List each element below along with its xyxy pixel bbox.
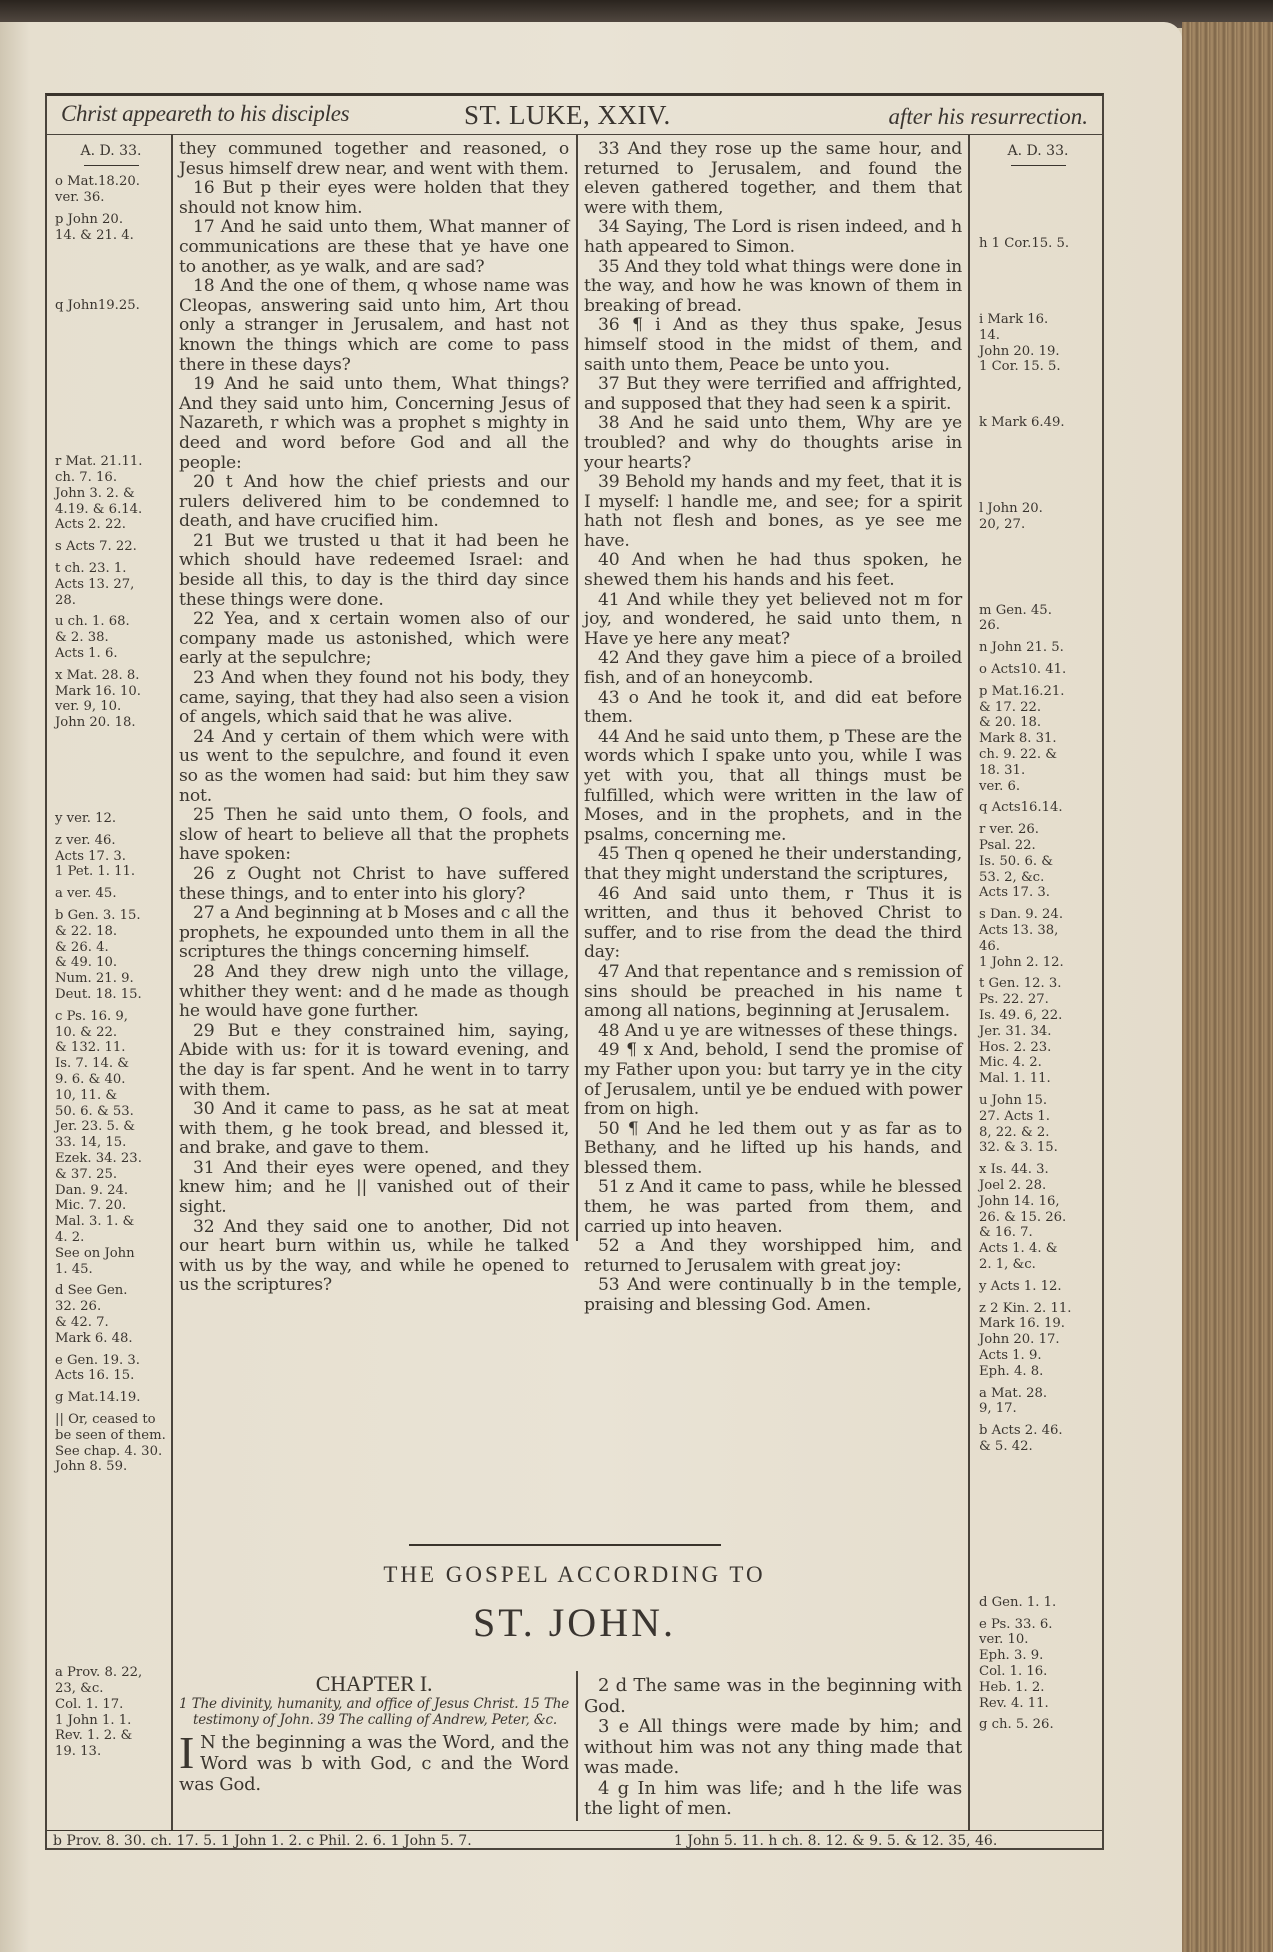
verse: 18 And the one of them, q whose name was…: [179, 277, 569, 375]
verse: 52 a And they worshipped him, and return…: [584, 1237, 962, 1276]
header-left-caption: Christ appeareth to his disciples: [61, 101, 349, 127]
margin-reference: o Mat.18.20. ver. 36.: [55, 174, 167, 206]
margin-reference: g ch. 5. 26.: [979, 1717, 1097, 1733]
verse: 20 t And how the chief priests and our r…: [179, 473, 569, 532]
verse: 24 And y certain of them which were with…: [179, 728, 569, 806]
margin-reference: a Mat. 28. 9, 17.: [979, 1386, 1097, 1418]
margin-reference: c Ps. 16. 9, 10. & 22. & 132. 11. Is. 7.…: [55, 1009, 167, 1278]
verse: 29 But e they constrained him, saying, A…: [179, 1022, 569, 1100]
drop-cap: I: [179, 1734, 194, 1772]
margin-reference: y ver. 12.: [55, 811, 167, 827]
verse-1: IN the beginning a was the Word, and the…: [179, 1732, 569, 1795]
verse: 44 And he said unto them, p These are th…: [584, 728, 962, 846]
margin-reference: u John 15. 27. Acts 1. 8, 22. & 2. 32. &…: [979, 1093, 1097, 1156]
margin-reference: z ver. 46. Acts 17. 3. 1 Pet. 1. 11.: [55, 833, 167, 880]
verse: 50 ¶ And he led them out y as far as to …: [584, 1120, 962, 1179]
verse: 43 o And he took it, and did eat before …: [584, 689, 962, 728]
margin-reference: a Prov. 8. 22, 23, &c. Col. 1. 17. 1 Joh…: [55, 1665, 167, 1760]
margin-reference: n John 21. 5.: [979, 640, 1097, 656]
verse: 40 And when he had thus spoken, he shewe…: [584, 551, 962, 590]
margin-reference: z 2 Kin. 2. 11. Mark 16. 19. John 20. 17…: [979, 1301, 1097, 1380]
verse: 16 But p their eyes were holden that the…: [179, 179, 569, 218]
verse: 49 ¶ x And, behold, I send the promise o…: [584, 1041, 962, 1119]
footnote-left: b Prov. 8. 30. ch. 17. 5. 1 John 1. 2. c…: [53, 1833, 472, 1849]
column-divider-middle: [576, 134, 578, 1241]
verse: 34 Saying, The Lord is risen indeed, and…: [584, 218, 962, 257]
verse: 31 And their eyes were opened, and they …: [179, 1159, 569, 1218]
book-title: ST. JOHN.: [47, 1599, 1102, 1646]
margin-reference: u ch. 1. 68. & 2. 38. Acts 1. 6.: [55, 614, 167, 661]
verse: 36 ¶ i And as they thus spake, Jesus him…: [584, 316, 962, 375]
verse: 4 g In him was life; and h the life was …: [584, 1779, 962, 1820]
verse: 25 Then he said unto them, O fools, and …: [179, 806, 569, 865]
verse: 38 And he said unto them, Why are ye tro…: [584, 414, 962, 473]
margin-reference: p Mat.16.21. & 17. 22. & 20. 18. Mark 8.…: [979, 684, 1097, 795]
verse: 27 a And beginning at b Moses and c all …: [179, 904, 569, 963]
running-header: Christ appeareth to his disciples ST. LU…: [47, 96, 1102, 135]
right-margin-year: A. D. 33.: [979, 144, 1097, 166]
verse: 28 And they drew nigh unto the village, …: [179, 963, 569, 1022]
gospel-heading: THE GOSPEL ACCORDING TO: [47, 1562, 1102, 1588]
footnote-right: 1 John 5. 11. h ch. 8. 12. & 9. 5. & 12.…: [674, 1833, 997, 1849]
margin-reference: t Gen. 12. 3. Ps. 22. 27. Is. 49. 6, 22.…: [979, 976, 1097, 1087]
verse: 19 And he said unto them, What things? A…: [179, 375, 569, 473]
margin-reference: h 1 Cor.15. 5.: [979, 236, 1097, 252]
verse: 47 And that repentance and s remission o…: [584, 963, 962, 1022]
verse: 45 Then q opened he their understanding,…: [584, 845, 962, 884]
margin-reference: x Mat. 28. 8. Mark 16. 10. ver. 9, 10. J…: [55, 668, 167, 731]
verse: 33 And they rose up the same hour, and r…: [584, 140, 962, 218]
margin-reference: r ver. 26. Psal. 22. Is. 50. 6. & 53. 2,…: [979, 822, 1097, 901]
verse: 39 Behold my hands and my feet, that it …: [584, 473, 962, 551]
margin-reference: g Mat.14.19.: [55, 1390, 167, 1406]
chapter-summary: 1 The divinity, humanity, and office of …: [179, 1696, 569, 1728]
verse: 53 And were continually b in the temple,…: [584, 1276, 962, 1315]
verse: 48 And u ye are witnesses of these thing…: [584, 1022, 962, 1042]
left-margin-year: A. D. 33.: [55, 144, 167, 166]
page-frame: Christ appeareth to his disciples ST. LU…: [45, 93, 1104, 1850]
column-divider-john: [576, 1671, 578, 1821]
verse: they communed together and reasoned, o J…: [179, 140, 569, 179]
page-edges: [1182, 22, 1273, 1952]
margin-reference: x Is. 44. 3. Joel 2. 28. John 14. 16, 26…: [979, 1162, 1097, 1273]
margin-reference: o Acts10. 41.: [979, 662, 1097, 678]
verse: 35 And they told what things were done i…: [584, 258, 962, 317]
verse: 22 Yea, and x certain women also of our …: [179, 610, 569, 669]
verse-1-text: N the beginning a was the Word, and the …: [179, 1732, 569, 1795]
verse: 2 d The same was in the beginning with G…: [584, 1676, 962, 1717]
margin-reference: b Gen. 3. 15. & 22. 18. & 26. 4. & 49. 1…: [55, 908, 167, 1003]
verse: 17 And he said unto them, What manner of…: [179, 218, 569, 277]
margin-reference: s Dan. 9. 24. Acts 13. 38, 46. 1 John 2.…: [979, 907, 1097, 970]
section-rule: [409, 1544, 721, 1546]
margin-reference: || Or, ceased to be seen of them. See ch…: [55, 1412, 167, 1475]
margin-reference: l John 20. 20, 27.: [979, 501, 1097, 533]
verse: 23 And when they found not his body, the…: [179, 669, 569, 728]
john-column-2: 2 d The same was in the beginning with G…: [584, 1676, 962, 1820]
verse: 26 z Ought not Christ to have suffered t…: [179, 865, 569, 904]
verse: 41 And while they yet believed not m for…: [584, 591, 962, 650]
right-margin-references: A. D. 33. h 1 Cor.15. 5.i Mark 16. 14. J…: [979, 144, 1097, 1739]
margin-reference: s Acts 7. 22.: [55, 539, 167, 555]
margin-reference: m Gen. 45. 26.: [979, 603, 1097, 635]
margin-reference: i Mark 16. 14. John 20. 19. 1 Cor. 15. 5…: [979, 312, 1097, 375]
margin-reference: q Acts16.14.: [979, 800, 1097, 816]
margin-reference: d See Gen. 32. 26. & 42. 7. Mark 6. 48.: [55, 1283, 167, 1346]
margin-reference: q John19.25.: [55, 298, 167, 314]
luke-column-1: they communed together and reasoned, o J…: [179, 140, 569, 1296]
luke-column-2: 33 And they rose up the same hour, and r…: [584, 140, 962, 1316]
margin-reference: t ch. 23. 1. Acts 13. 27, 28.: [55, 561, 167, 608]
chapter-heading: CHAPTER I.: [179, 1674, 569, 1694]
margin-reference: b Acts 2. 46. & 5. 42.: [979, 1423, 1097, 1455]
margin-reference: k Mark 6.49.: [979, 415, 1097, 431]
verse: 30 And it came to pass, as he sat at mea…: [179, 1100, 569, 1159]
header-right-caption: after his resurrection.: [888, 104, 1088, 130]
verse: 42 And they gave him a piece of a broile…: [584, 649, 962, 688]
footnote-rule: [47, 1830, 1102, 1831]
john-column-1: CHAPTER I. 1 The divinity, humanity, and…: [179, 1674, 569, 1795]
margin-reference: y Acts 1. 12.: [979, 1279, 1097, 1295]
verse: 51 z And it came to pass, while he bless…: [584, 1178, 962, 1237]
verse: 21 But we trusted u that it had been he …: [179, 532, 569, 610]
verse: 32 And they said one to another, Did not…: [179, 1218, 569, 1296]
margin-reference: p John 20. 14. & 21. 4.: [55, 212, 167, 244]
verse: 3 e All things were made by him; and wit…: [584, 1717, 962, 1779]
margin-reference: e Gen. 19. 3. Acts 16. 15.: [55, 1353, 167, 1385]
header-book-chapter: ST. LUKE, XXIV.: [464, 100, 671, 131]
margin-reference: r Mat. 21.11. ch. 7. 16. John 3. 2. & 4.…: [55, 454, 167, 533]
margin-reference: a ver. 45.: [55, 886, 167, 902]
verse: 46 And said unto them, r Thus it is writ…: [584, 885, 962, 963]
left-margin-references: A. D. 33. o Mat.18.20. ver. 36.p John 20…: [55, 144, 167, 1766]
verse: 37 But they were terrified and affrighte…: [584, 375, 962, 414]
